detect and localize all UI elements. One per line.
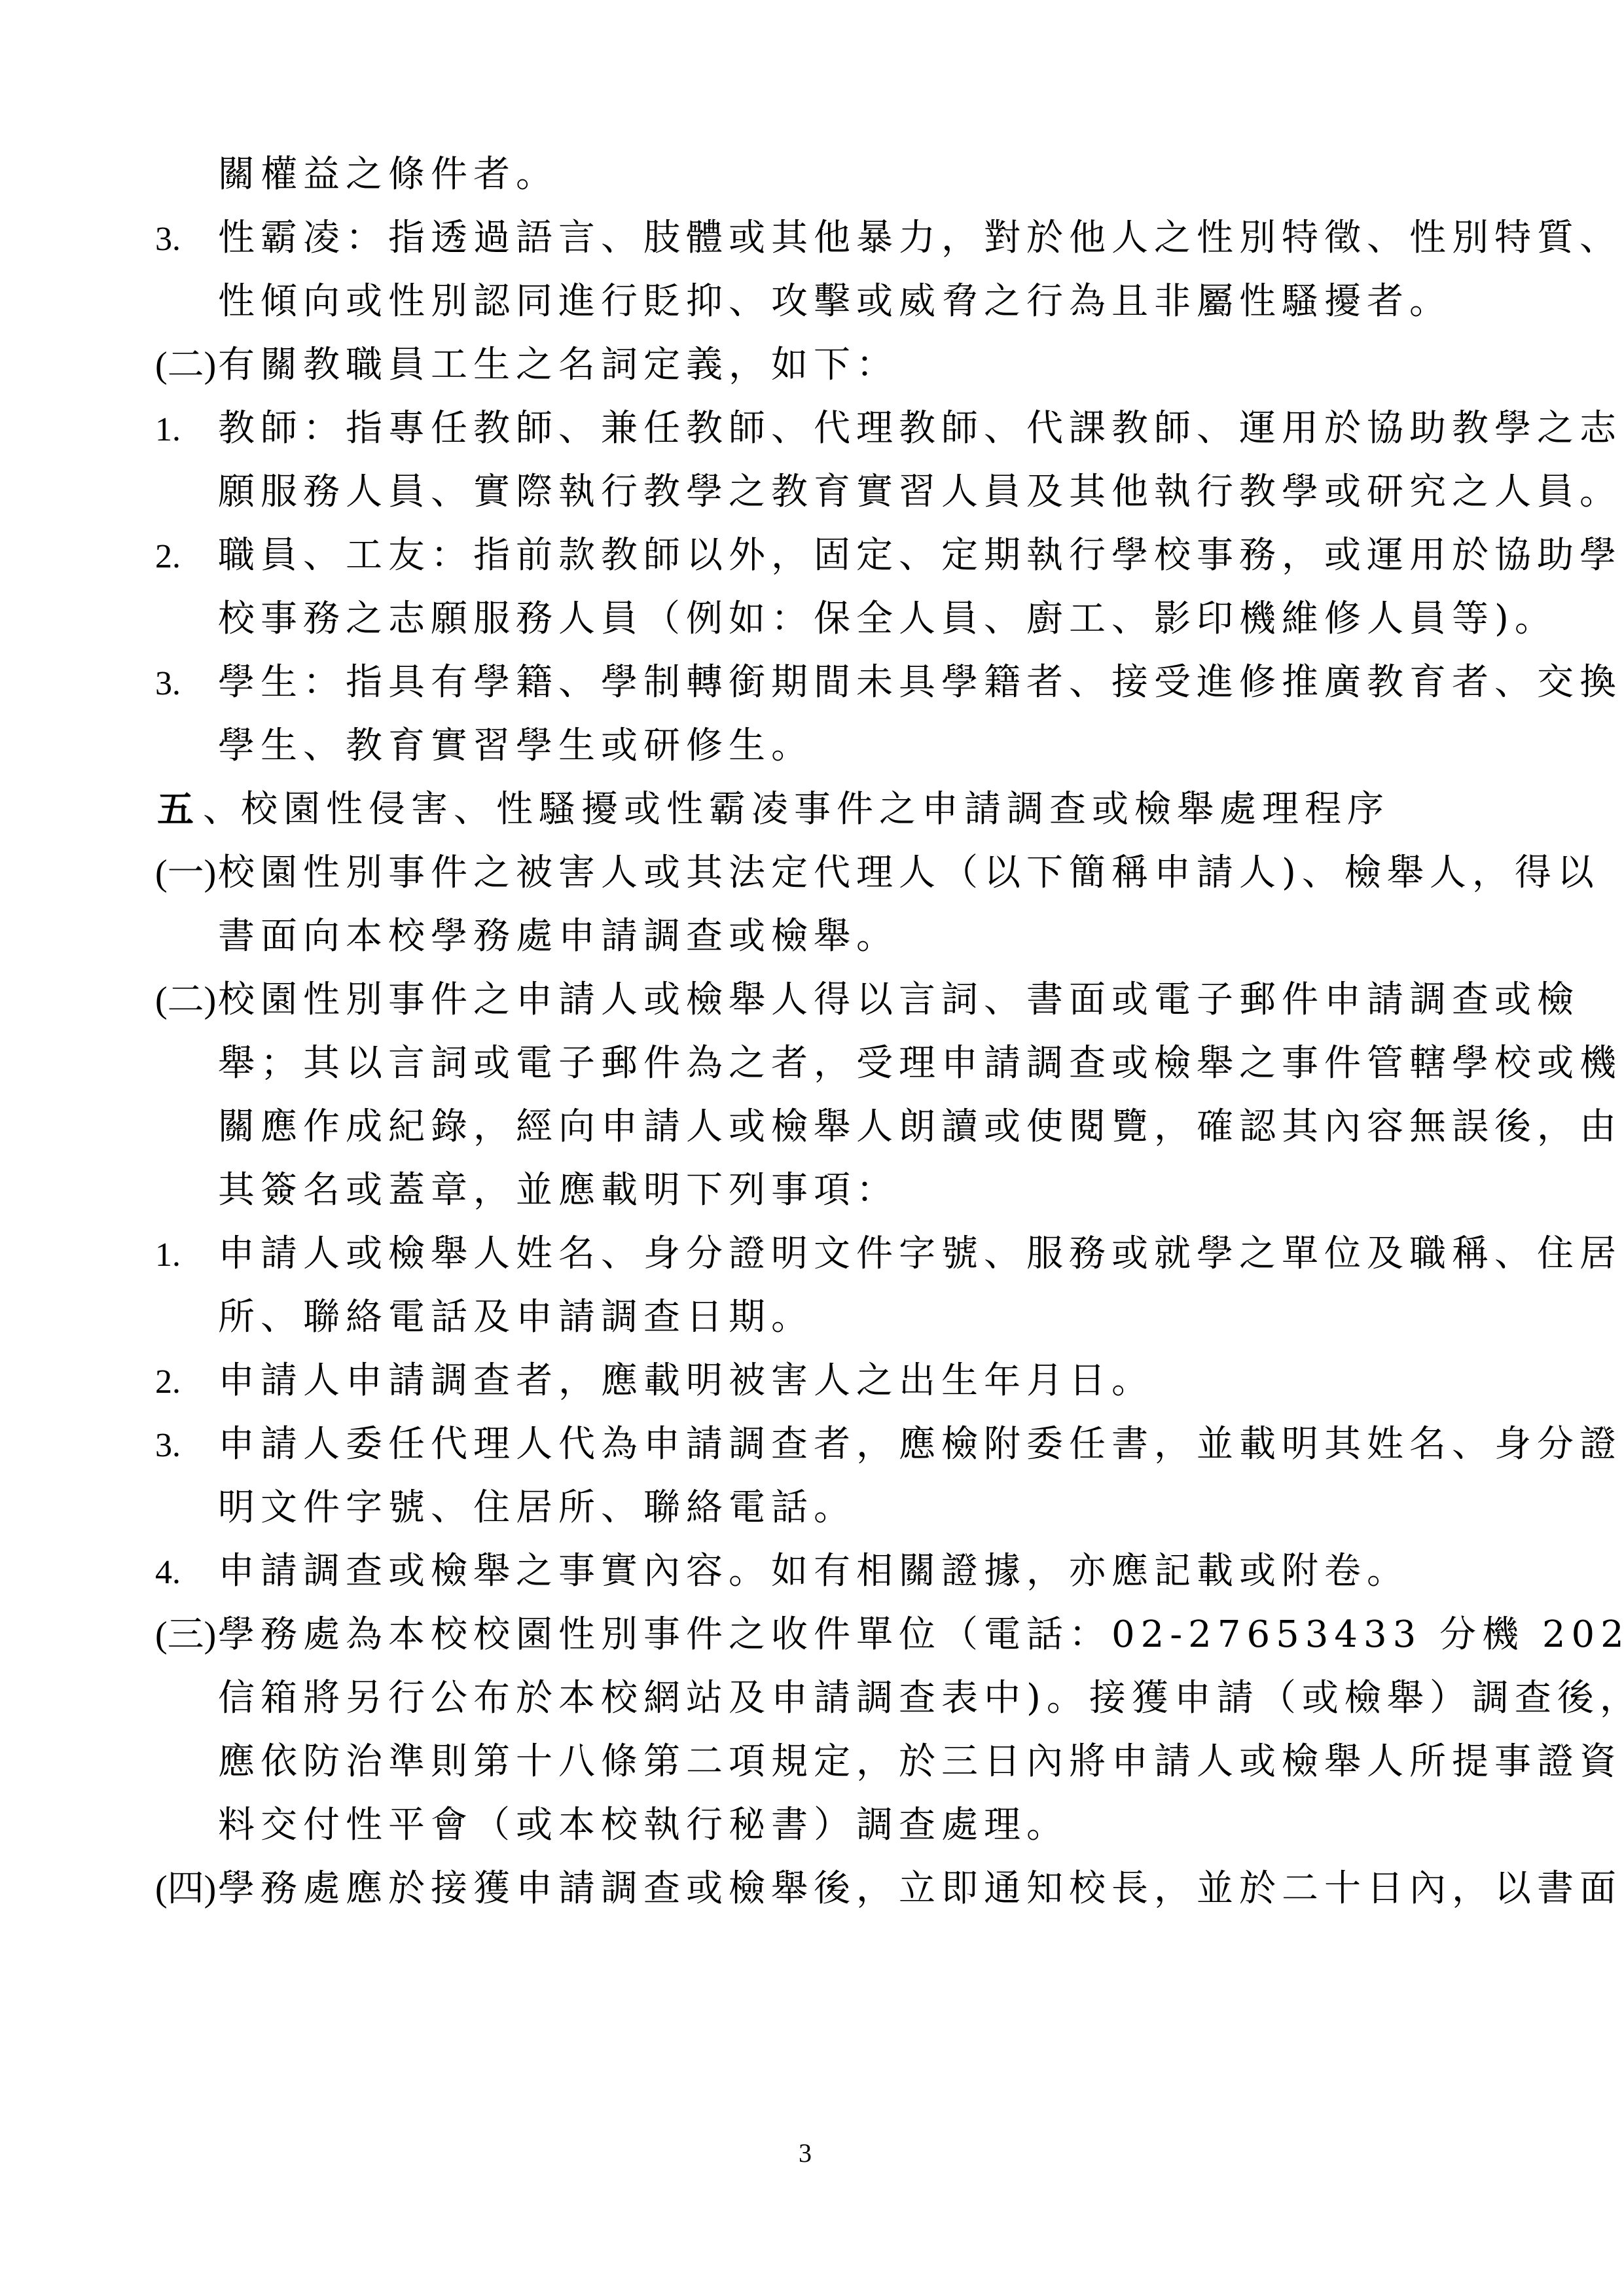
continuation-text: 其簽名或蓋章，並應載明下列事項： — [218, 1168, 899, 1213]
continuation-text: 學生、教育實習學生或研修生。 — [218, 723, 814, 769]
continuation-text: 所、聯絡電話及申請調查日期。 — [218, 1295, 814, 1340]
continuation-text: 願服務人員、實際執行教學之教育實習人員及其他執行教學或研究之人員。 — [218, 469, 1622, 515]
section-heading: 校園性侵害、性騷擾或性霸凌事件之申請調查或檢舉處理程序 — [241, 787, 1390, 833]
continuation-text: 料交付性平會（或本校執行秘書）調查處理。 — [218, 1803, 1069, 1848]
list-item-marker: 1. — [155, 407, 181, 453]
document-page: 關權益之條件者。3.性霸凌：指透過語言、肢體或其他暴力，對於他人之性別特徵、性別… — [0, 0, 1624, 2296]
list-item-text: 申請人委任代理人代為申請調查者，應檢附委任書，並載明其姓名、身分證 — [218, 1422, 1622, 1467]
continuation-text: 校事務之志願服務人員（例如：保全人員、廚工、影印機維修人員等)。 — [218, 596, 1557, 642]
page-number: 3 — [799, 2137, 812, 2170]
subsection-marker: (三) — [155, 1612, 216, 1658]
subsection-marker: (二) — [155, 342, 216, 388]
list-item-marker: 4. — [155, 1550, 181, 1596]
continuation-text: 應依防治準則第十八條第二項規定，於三日內將申請人或檢舉人所提事證資 — [218, 1739, 1622, 1785]
list-item-text: 學生：指具有學籍、學制轉銜期間未具學籍者、接受進修推廣教育者、交換 — [218, 660, 1622, 706]
subsection-marker: (一) — [155, 850, 216, 896]
list-item-text: 性霸凌：指透過語言、肢體或其他暴力，對於他人之性別特徵、性別特質、 — [218, 215, 1622, 261]
subsection-marker: (二) — [155, 977, 216, 1023]
list-item-text: 申請人或檢舉人姓名、身分證明文件字號、服務或就學之單位及職稱、住居 — [218, 1231, 1622, 1277]
list-item-marker: 1. — [155, 1232, 181, 1278]
list-item-marker: 3. — [155, 1423, 181, 1469]
section-separator: 、 — [203, 787, 240, 833]
list-item-text: 申請調查或檢舉之事實內容。如有相關證據，亦應記載或附卷。 — [218, 1549, 1409, 1594]
continuation-text: 舉；其以言詞或電子郵件為之者，受理申請調查或檢舉之事件管轄學校或機 — [218, 1041, 1622, 1086]
subsection-text: 學務處應於接獲申請調查或檢舉後，立即通知校長，並於二十日內，以書面 — [218, 1866, 1622, 1912]
continuation-text: 關應作成紀錄，經向申請人或檢舉人朗讀或使閱覽，確認其內容無誤後，由 — [218, 1104, 1622, 1150]
list-item-text: 申請人申請調查者，應載明被害人之出生年月日。 — [218, 1358, 1154, 1404]
subsection-text: 校園性別事件之申請人或檢舉人得以言詞、書面或電子郵件申請調查或檢 — [218, 977, 1579, 1023]
list-item-marker: 2. — [155, 534, 181, 580]
list-item-marker: 2. — [155, 1359, 181, 1405]
list-item-marker: 3. — [155, 661, 181, 707]
list-item-marker: 3. — [155, 217, 181, 262]
continuation-text: 信箱將另行公布於本校網站及申請調查表中)。接獲申請（或檢舉）調查後， — [218, 1676, 1624, 1721]
continuation-text: 性傾向或性別認同進行貶抑、攻擊或威脅之行為且非屬性騷擾者。 — [218, 279, 1452, 325]
subsection-text: 學務處為本校校園性別事件之收件單位（電話：02-27653433 分機 202；… — [218, 1612, 1624, 1658]
continuation-text: 關權益之條件者。 — [218, 152, 558, 198]
subsection-text: 校園性別事件之被害人或其法定代理人（以下簡稱申請人)、檢舉人，得以 — [218, 850, 1600, 896]
list-item-text: 職員、工友：指前款教師以外，固定、定期執行學校事務，或運用於協助學 — [218, 533, 1622, 579]
continuation-text: 明文件字號、住居所、聯絡電話。 — [218, 1485, 856, 1531]
section-number: 五 — [157, 787, 194, 833]
list-item-text: 教師：指專任教師、兼任教師、代理教師、代課教師、運用於協助教學之志 — [218, 406, 1622, 452]
subsection-marker: (四) — [155, 1866, 216, 1912]
continuation-text: 書面向本校學務處申請調查或檢舉。 — [218, 914, 899, 960]
subsection-text: 有關教職員工生之名詞定義，如下： — [218, 342, 899, 388]
